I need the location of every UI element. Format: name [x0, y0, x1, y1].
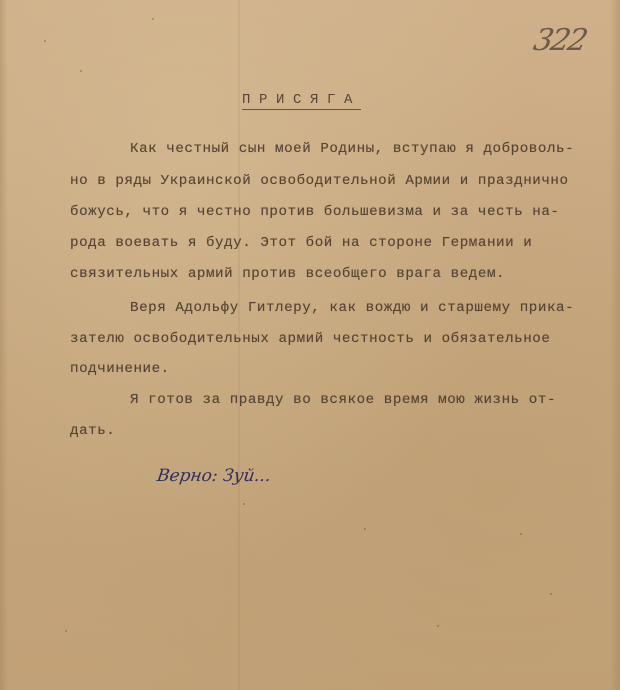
paper-speck [65, 630, 67, 632]
page-number: 322 [531, 26, 589, 56]
body-line: подчинение. [70, 362, 170, 376]
body-line: дать. [70, 424, 115, 438]
paper-speck [437, 625, 439, 627]
body-line: но в ряды Украинской освободительной Арм… [70, 174, 569, 188]
paper-edge-right [610, 0, 620, 690]
body-line: Я готов за правду во всякое время мою жи… [130, 393, 556, 407]
paper-speck [364, 528, 366, 530]
paper-speck [44, 40, 46, 42]
body-line: Веря Адольфу Гитлеру, как вождю и старше… [130, 301, 574, 315]
body-line: связительных армий против всеобщего враг… [70, 267, 505, 281]
body-line: зателю освободительных армий честность и… [70, 332, 550, 346]
paper-speck [520, 533, 522, 535]
paper-speck [550, 593, 552, 595]
body-line: рода воевать я буду. Этот бой на стороне… [70, 236, 532, 250]
body-line: божусь, что я честно против большевизма … [70, 205, 559, 219]
paper-speck [243, 503, 245, 505]
paper-speck [152, 18, 154, 20]
paper-edge-left [0, 0, 8, 690]
paper-speck [80, 70, 82, 72]
handwritten-signature: Верно: Зуй... [156, 468, 272, 485]
body-line: Как честный сын моей Родины, вступаю я д… [130, 142, 574, 156]
document-title: ПРИСЯГА [242, 93, 361, 110]
document-page: 322 ПРИСЯГА Как честный сын моей Родины,… [0, 0, 620, 690]
